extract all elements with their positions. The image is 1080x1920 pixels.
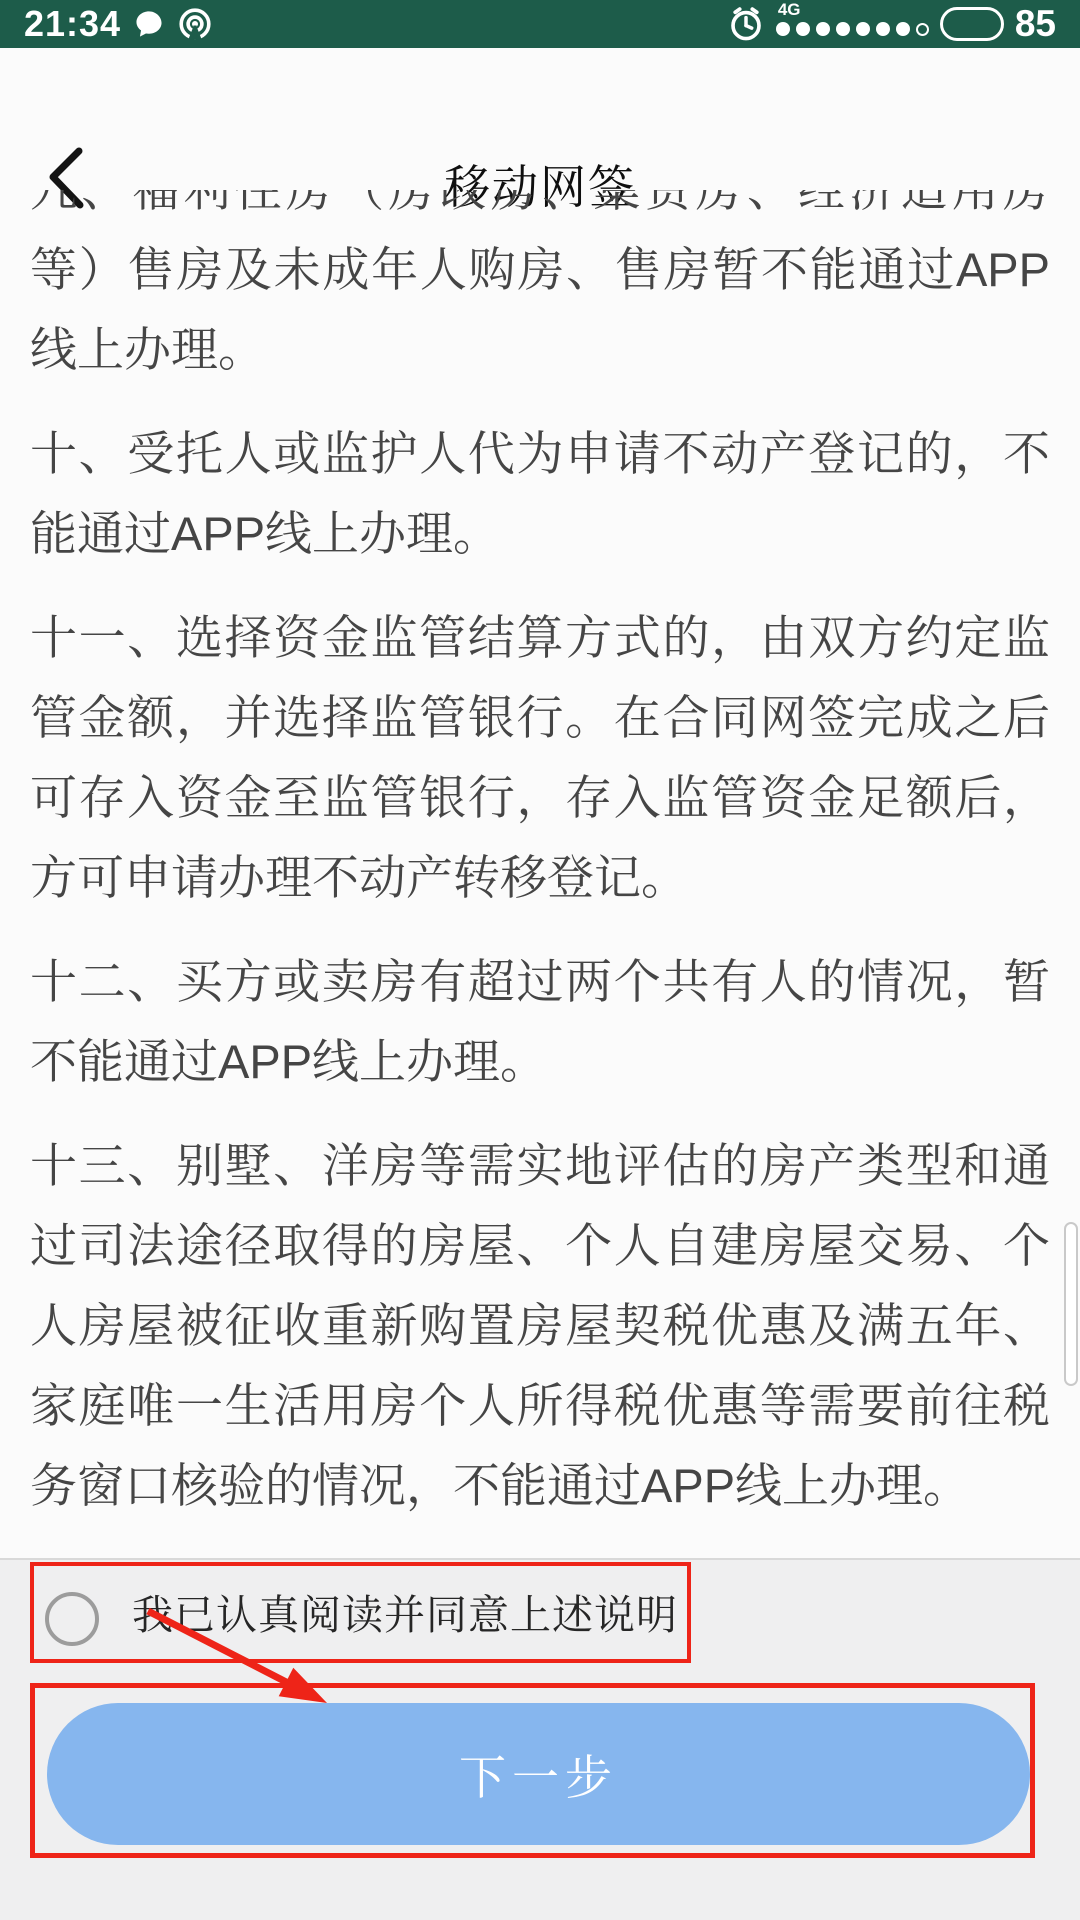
message-icon: [133, 8, 165, 40]
terms-line: 十、受托人或监护人代为申请不动产登记的，不: [30, 414, 1050, 494]
signal-dot: [896, 22, 910, 36]
header: 移动网签: [0, 48, 1080, 190]
signal-dot: [876, 22, 890, 36]
signal-dot: [916, 23, 929, 36]
network-type-label: 4G: [778, 1, 801, 18]
terms-line: 能通过APP线上办理。: [30, 494, 1050, 574]
terms-line: 不能通过APP线上办理。: [30, 1022, 1050, 1102]
battery-percent-label: 85: [1015, 3, 1056, 45]
signal-dot: [836, 22, 850, 36]
terms-line: 家庭唯一生活用房个人所得税优惠等需要前往税: [30, 1366, 1050, 1446]
signal-dot: [816, 22, 830, 36]
terms-paragraph: 九、福利住房（房改房、集资房、经济适用房等）售房及未成年人购房、售房暂不能通过A…: [30, 190, 1050, 390]
scrollbar-thumb[interactable]: [1064, 1222, 1078, 1386]
signal-dot: [776, 22, 790, 36]
terms-line: 过司法途径取得的房屋、个人自建房屋交易、个: [30, 1206, 1050, 1286]
terms-text: 九、福利住房（房改房、集资房、经济适用房等）售房及未成年人购房、售房暂不能通过A…: [30, 190, 1050, 1526]
battery-icon: [940, 7, 1004, 41]
terms-line: 十二、买方或卖房有超过两个共有人的情况，暂: [30, 942, 1050, 1022]
terms-line: 管金额，并选择监管银行。在合同网签完成之后: [30, 678, 1050, 758]
terms-paragraph: 十一、选择资金监管结算方式的，由双方约定监管金额，并选择监管银行。在合同网签完成…: [30, 598, 1050, 918]
terms-line: 可存入资金至监管银行，存入监管资金足额后，: [30, 758, 1050, 838]
annotation-arrow: [130, 1595, 350, 1720]
terms-line: 人房屋被征收重新购置房屋契税优惠及满五年、: [30, 1286, 1050, 1366]
terms-line: 十一、选择资金监管结算方式的，由双方约定监: [30, 598, 1050, 678]
signal-dot: [856, 22, 870, 36]
terms-line: 十三、别墅、洋房等需实地评估的房产类型和通: [30, 1126, 1050, 1206]
hotspot-icon: [177, 6, 213, 42]
terms-line: 方可申请办理不动产转移登记。: [30, 838, 1050, 918]
terms-line: 务窗口核验的情况，不能通过APP线上办理。: [30, 1446, 1050, 1526]
signal-indicator: 4G: [776, 0, 929, 48]
terms-line: 九、福利住房（房改房、集资房、经济适用房: [30, 190, 1050, 230]
time-label: 21:34: [24, 3, 121, 45]
terms-line: 等）售房及未成年人购房、售房暂不能通过APP: [30, 230, 1050, 310]
alarm-icon: [727, 5, 765, 43]
terms-line: 线上办理。: [30, 310, 1050, 390]
terms-paragraph: 十、受托人或监护人代为申请不动产登记的，不能通过APP线上办理。: [30, 414, 1050, 574]
terms-paragraph: 十三、别墅、洋房等需实地评估的房产类型和通过司法途径取得的房屋、个人自建房屋交易…: [30, 1126, 1050, 1526]
status-bar: 21:34 4G: [0, 0, 1080, 48]
terms-content[interactable]: 九、福利住房（房改房、集资房、经济适用房等）售房及未成年人购房、售房暂不能通过A…: [0, 190, 1080, 1558]
signal-dot: [796, 22, 810, 36]
terms-paragraph: 十二、买方或卖房有超过两个共有人的情况，暂不能通过APP线上办理。: [30, 942, 1050, 1102]
